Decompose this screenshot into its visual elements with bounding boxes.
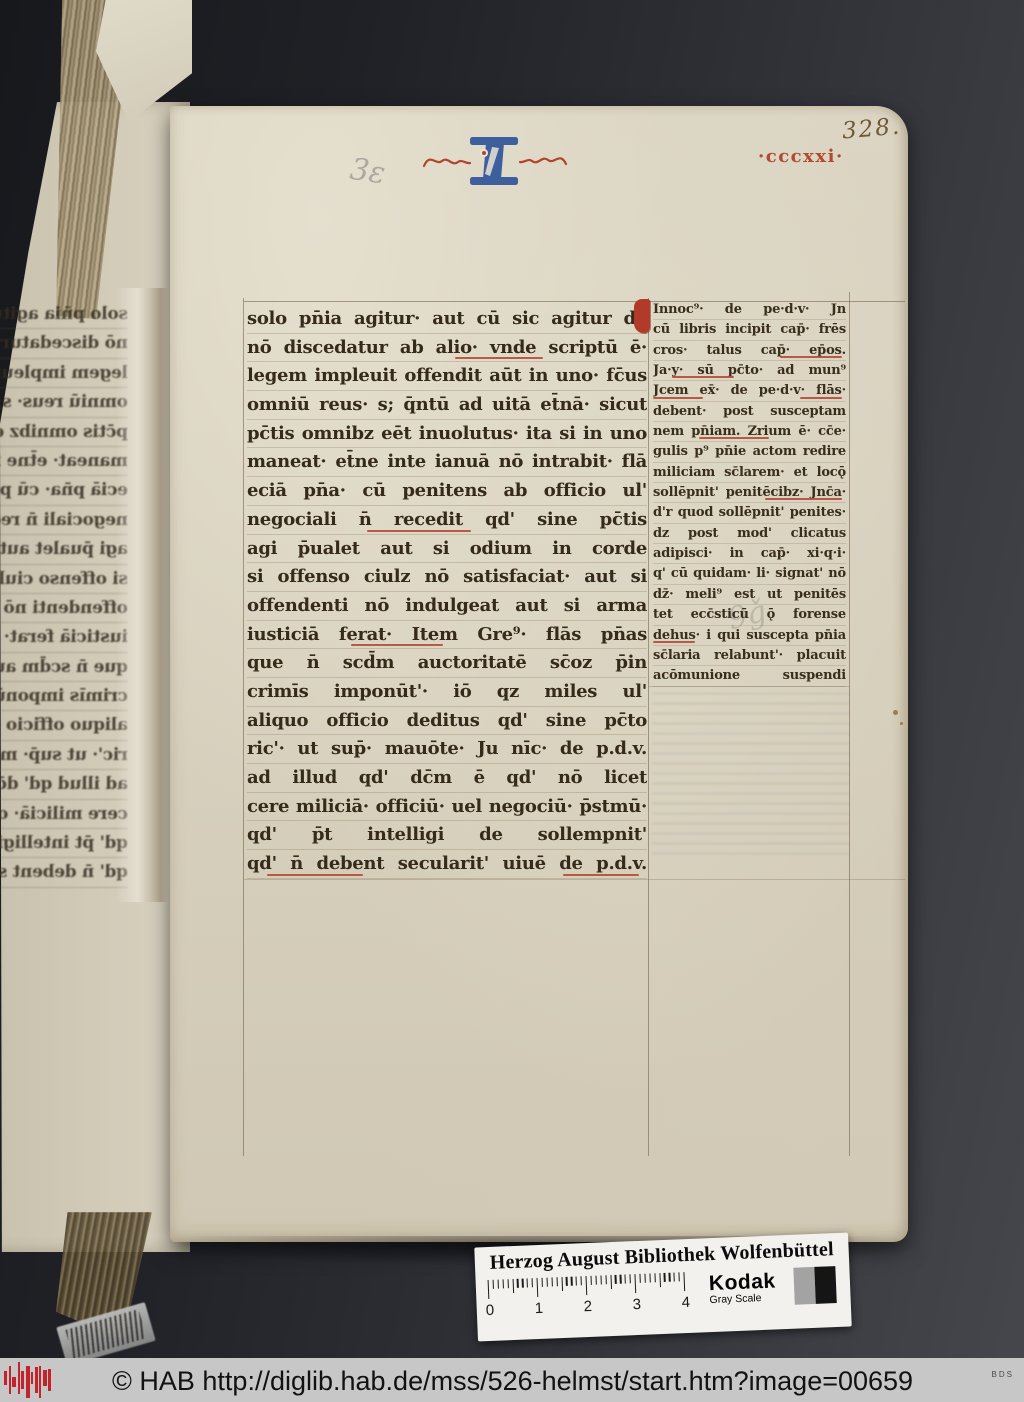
- ruler-tick: [546, 1278, 548, 1287]
- registration-bar: [18, 1362, 20, 1394]
- text-line: nem pn̄iam. Zrium ē· cc̄e· re: [653, 422, 846, 442]
- black-patch: [814, 1266, 836, 1304]
- text-line: agi p̄ualet aut si odium in corde gesser…: [247, 535, 647, 564]
- frame-rule-vertical-left: [243, 298, 244, 1156]
- ghost-text-mirrored: solo pn̄ia agitur· aut cū sic agitur de …: [0, 300, 128, 890]
- ghost-text-line: si offenso ciulz nō satisfaciat· aut si …: [0, 565, 128, 594]
- pencil-mark-top: 3ε: [348, 152, 388, 192]
- ruler-tick: [571, 1277, 573, 1286]
- ruler-tick: [497, 1280, 499, 1289]
- text-line: pc̄tis omnibz eēt inuolutus· ita si in u…: [247, 420, 647, 449]
- registration-bar: [21, 1371, 24, 1389]
- right-text-column: Innoc⁹· de pe·d·v· Jn aliquibuscū libris…: [653, 300, 846, 687]
- ruler-tick: [566, 1277, 568, 1286]
- ghost-text-line: aliquo officio deditus qd' sine pc̄to ex…: [0, 711, 128, 740]
- frame-rule-vertical-middle: [648, 298, 649, 1156]
- ghost-text-line: que n̄ scd̄m auctoritatē sc̄oz p̄in pqua…: [0, 653, 128, 682]
- ruler-tick: [551, 1277, 553, 1286]
- ruler-tick: [527, 1278, 529, 1287]
- text-line: legem impleuit offendit aūt in uno· fc̄u…: [247, 362, 647, 391]
- ruler-tick: [669, 1273, 671, 1282]
- text-line: si offenso ciulz nō satisfaciat· aut si …: [247, 563, 647, 592]
- ghost-text-line: iusticiā ferat· Item Gre⁹· flās pn̄as di…: [0, 623, 128, 652]
- ruler-tick: [517, 1279, 519, 1288]
- main-text-column: solo pn̄ia agitur· aut cū sic agitur de …: [247, 305, 647, 879]
- ruler-tick: [586, 1276, 588, 1295]
- caption-text: © HAB http://diglib.hab.de/mss/526-helms…: [112, 1358, 913, 1402]
- text-line: que n̄ scd̄m auctoritatē sc̄oz p̄in pqua…: [247, 649, 647, 678]
- red-underline: [780, 356, 842, 358]
- red-underline: [563, 874, 639, 876]
- chapter-numeral: ·cccxxi·: [758, 146, 844, 167]
- ghost-text-line: qd' p̄t intelligi de sollempnit' peniten…: [0, 829, 128, 858]
- ghost-text-line: qd' n̄ debent secularit' uiuē de p.d.v. …: [0, 858, 128, 887]
- ghost-text-line: ad illud qd' dc̄m ē qd' nō licet peniten…: [0, 770, 128, 799]
- registration-bar: [9, 1366, 11, 1394]
- text-line: sollēpnit' penitēcibz· Jnc̄a· Jll'd·: [653, 483, 846, 503]
- ruler-tick: [654, 1273, 656, 1282]
- ruler-tick: [683, 1272, 685, 1291]
- text-line: cros· talus cap̄· ep̄os. scripē: [653, 341, 846, 361]
- ruler-number: 3: [632, 1296, 641, 1313]
- kodak-brand: Kodak: [708, 1270, 775, 1294]
- registration-mark: [4, 1362, 53, 1398]
- ruler-tick: [620, 1275, 622, 1284]
- ruler-tick: [639, 1274, 641, 1283]
- ghost-text-line: agi p̄ualet aut si odium in corde gesser…: [0, 535, 128, 564]
- ruler-tick: [615, 1275, 617, 1284]
- leaf-fold-edge: [116, 288, 168, 902]
- text-line: miliciam sc̄larem· et locǭ de: [653, 463, 846, 483]
- text-line: iusticiā ferat· Item Gre⁹· flās pn̄as di…: [247, 621, 647, 650]
- text-line: d'r quod sollēpnit' penites· nō: [653, 503, 846, 523]
- red-underline: [653, 397, 703, 399]
- text-line: eciā pn̄a· cū penitens ab officio ul' cu…: [247, 477, 647, 506]
- red-underline: [267, 874, 363, 876]
- ghost-text-line: pc̄tis omnibz eēt inuolutus· ita si in u…: [0, 418, 128, 447]
- header-initial-ornament-icon: [420, 132, 570, 192]
- red-underline: [455, 357, 543, 359]
- ink-spot: [900, 722, 903, 725]
- red-underline: [699, 437, 768, 439]
- ruler-tick: [630, 1274, 632, 1283]
- ruler-number: 4: [681, 1294, 690, 1311]
- text-line: negociali n̄ recedit qd' sine pc̄tis nul…: [247, 506, 647, 535]
- text-line: Innoc⁹· de pe·d·v· Jn aliquibus: [653, 300, 846, 320]
- ruler-tick: [649, 1273, 651, 1282]
- ruler-tick: [532, 1278, 534, 1287]
- ruler-tick: [507, 1279, 509, 1288]
- ruler-number: 2: [583, 1298, 592, 1315]
- registration-bar: [43, 1370, 47, 1386]
- registration-bar: [39, 1366, 41, 1398]
- ruler-tick: [502, 1279, 504, 1288]
- frame-rule-bottom: [244, 879, 905, 880]
- ghost-text-line: nō discedatur ab alio· vnde scriptū ē· q…: [0, 329, 128, 358]
- text-line: cū libris incipit cap̄· frēs nos: [653, 320, 846, 340]
- ruler-tick: [561, 1277, 563, 1291]
- kodak-gray-scale-label: Gray Scale: [709, 1291, 776, 1306]
- ghost-text-line: cere miliciā· officiū· uel negociū· p̄st…: [0, 800, 128, 829]
- ink-spot: [893, 710, 898, 715]
- red-underline: [800, 397, 842, 399]
- text-line: q' cū quidam· li· signat' nō hn̄t: [653, 564, 846, 584]
- ruler-tick: [590, 1276, 592, 1285]
- text-line: maneat· et̄ne inte ianuā nō intrabit· fl…: [247, 448, 647, 477]
- red-underline: [765, 498, 842, 500]
- ghost-text-line: ric'· ut sup̄· mauōte· Ju nīc· de p.d.v.…: [0, 741, 128, 770]
- ruler-tick: [537, 1278, 539, 1297]
- ruler-tick: [488, 1280, 490, 1299]
- ruler-tick: [644, 1274, 646, 1283]
- registration-bar: [31, 1372, 33, 1384]
- text-line: nō discedatur ab alio· vnde scriptū ē· q…: [247, 334, 647, 363]
- text-line: ad illud qd' dc̄m ē qd' nō licet peniten…: [247, 764, 647, 793]
- ghost-text-line: eciā pn̄a· cū penitens ab officio ul' cu…: [0, 476, 128, 505]
- ruler-tick: [659, 1273, 661, 1287]
- text-line: dz post mod' clicatus honorē: [653, 524, 846, 544]
- cm-ruler: 01234: [488, 1272, 694, 1320]
- text-line: cere miliciā· officiū· uel negociū· p̄st…: [247, 793, 647, 822]
- ruler-tick: [595, 1276, 597, 1285]
- ruler-tick: [664, 1273, 666, 1282]
- text-line: Ja·y· sū pc̄to· ad mun⁹ uetali·: [653, 361, 846, 381]
- ruler-number: 1: [534, 1300, 543, 1317]
- ruler-tick: [522, 1279, 524, 1288]
- rubric-initial: [634, 299, 650, 333]
- ruler-tick: [600, 1275, 602, 1284]
- folio-number: 328.: [841, 113, 902, 144]
- ghost-text-line: maneat· et̄ne inte ianuā nō intrabit· fl…: [0, 447, 128, 476]
- red-underline: [672, 376, 734, 378]
- ruler-tick: [492, 1280, 494, 1289]
- text-line: adipisci· in cap̄· xi·q·i· aliud·: [653, 544, 846, 564]
- registration-bar: [26, 1366, 30, 1398]
- text-line: qd' p̄t intelligi de sollempnit' peniten…: [247, 821, 647, 850]
- show-through-ghost-text: [652, 692, 849, 858]
- registration-bar: [4, 1371, 7, 1385]
- grayscale-label: Herzog August Bibliothek Wolfenbüttel 01…: [474, 1233, 851, 1342]
- ghost-text-line: negociali n̄ recedit qd' sine pc̄tis nul…: [0, 506, 128, 535]
- gray-patch: [793, 1267, 815, 1305]
- corner-code: BDS: [992, 1370, 1014, 1379]
- ruler-tick: [605, 1275, 607, 1284]
- ruler-number: 0: [485, 1302, 494, 1319]
- text-line: sc̄laria relabunt'· placuit eos: [653, 646, 846, 666]
- text-line: tet ecc̄sticū ǭ forense iudiciū: [653, 605, 846, 625]
- ruler-tick: [576, 1276, 578, 1285]
- red-underline: [367, 530, 471, 532]
- text-line: qd' n̄ debent secularit' uiuē de p.d.v. …: [247, 850, 647, 879]
- text-line: dz̄· meli⁹ est ut penitēs expec: [653, 585, 846, 605]
- ghost-text-line: offendenti nō indulgeat aut si arma cont…: [0, 594, 128, 623]
- red-underline: [653, 641, 695, 643]
- text-line: Jcem ex̄· de pe·d·v· flās· Non: [653, 381, 846, 401]
- ruler-tick: [625, 1274, 627, 1283]
- ghost-text-line: solo pn̄ia agitur· aut cū sic agitur de …: [0, 300, 128, 329]
- text-line: gulis p⁹ pn̄ie actom redire ad: [653, 442, 846, 462]
- ghost-text-line: legem impleuit offendit aūt in uno· fc̄u…: [0, 359, 128, 388]
- ruler-tick: [674, 1273, 676, 1282]
- ghost-text-line: omniū reus· s; q̄ntū ad uitā et̄nā· sicu…: [0, 388, 128, 417]
- text-line: aliquo officio deditus qd' sine pc̄to ex…: [247, 707, 647, 736]
- text-line: offendenti nō indulgeat aut si arma cont…: [247, 592, 647, 621]
- text-line: debent· post susceptam sollēp: [653, 402, 846, 422]
- registration-bar: [35, 1367, 38, 1393]
- registration-bar: [48, 1369, 51, 1391]
- text-line: solo pn̄ia agitur· aut cū sic agitur de …: [247, 305, 647, 334]
- digitized-manuscript-photo: solo pn̄ia agitur· aut cū sic agitur de …: [0, 0, 1024, 1402]
- text-line: ric'· ut sup̄· mauōte· Ju nīc· de p.d.v.…: [247, 735, 647, 764]
- ruler-tick: [634, 1274, 636, 1293]
- frame-rule-vertical-right: [849, 292, 850, 1156]
- ghost-text-line: crimīs imponūt'· iō qz miles ul' negocia…: [0, 682, 128, 711]
- text-line: crimīs imponūt'· iō qz miles ul' negocia…: [247, 678, 647, 707]
- ruler-tick: [512, 1279, 514, 1293]
- ruler-tick: [610, 1275, 612, 1289]
- ruler-tick: [679, 1272, 681, 1281]
- text-line: omniū reus· s; q̄ntū ad uitā et̄nā· sicu…: [247, 391, 647, 420]
- text-line: dehus· i qui suscepta pn̄ia ad: [653, 626, 846, 646]
- ruler-tick: [556, 1277, 558, 1286]
- footer-bar: © HAB http://diglib.hab.de/mss/526-helms…: [0, 1358, 1024, 1402]
- ruler-tick: [581, 1276, 583, 1285]
- ruler-tick: [541, 1278, 543, 1287]
- red-underline: [351, 644, 443, 646]
- text-line: acōmunione suspendi: [653, 666, 846, 686]
- registration-bar: [12, 1377, 16, 1387]
